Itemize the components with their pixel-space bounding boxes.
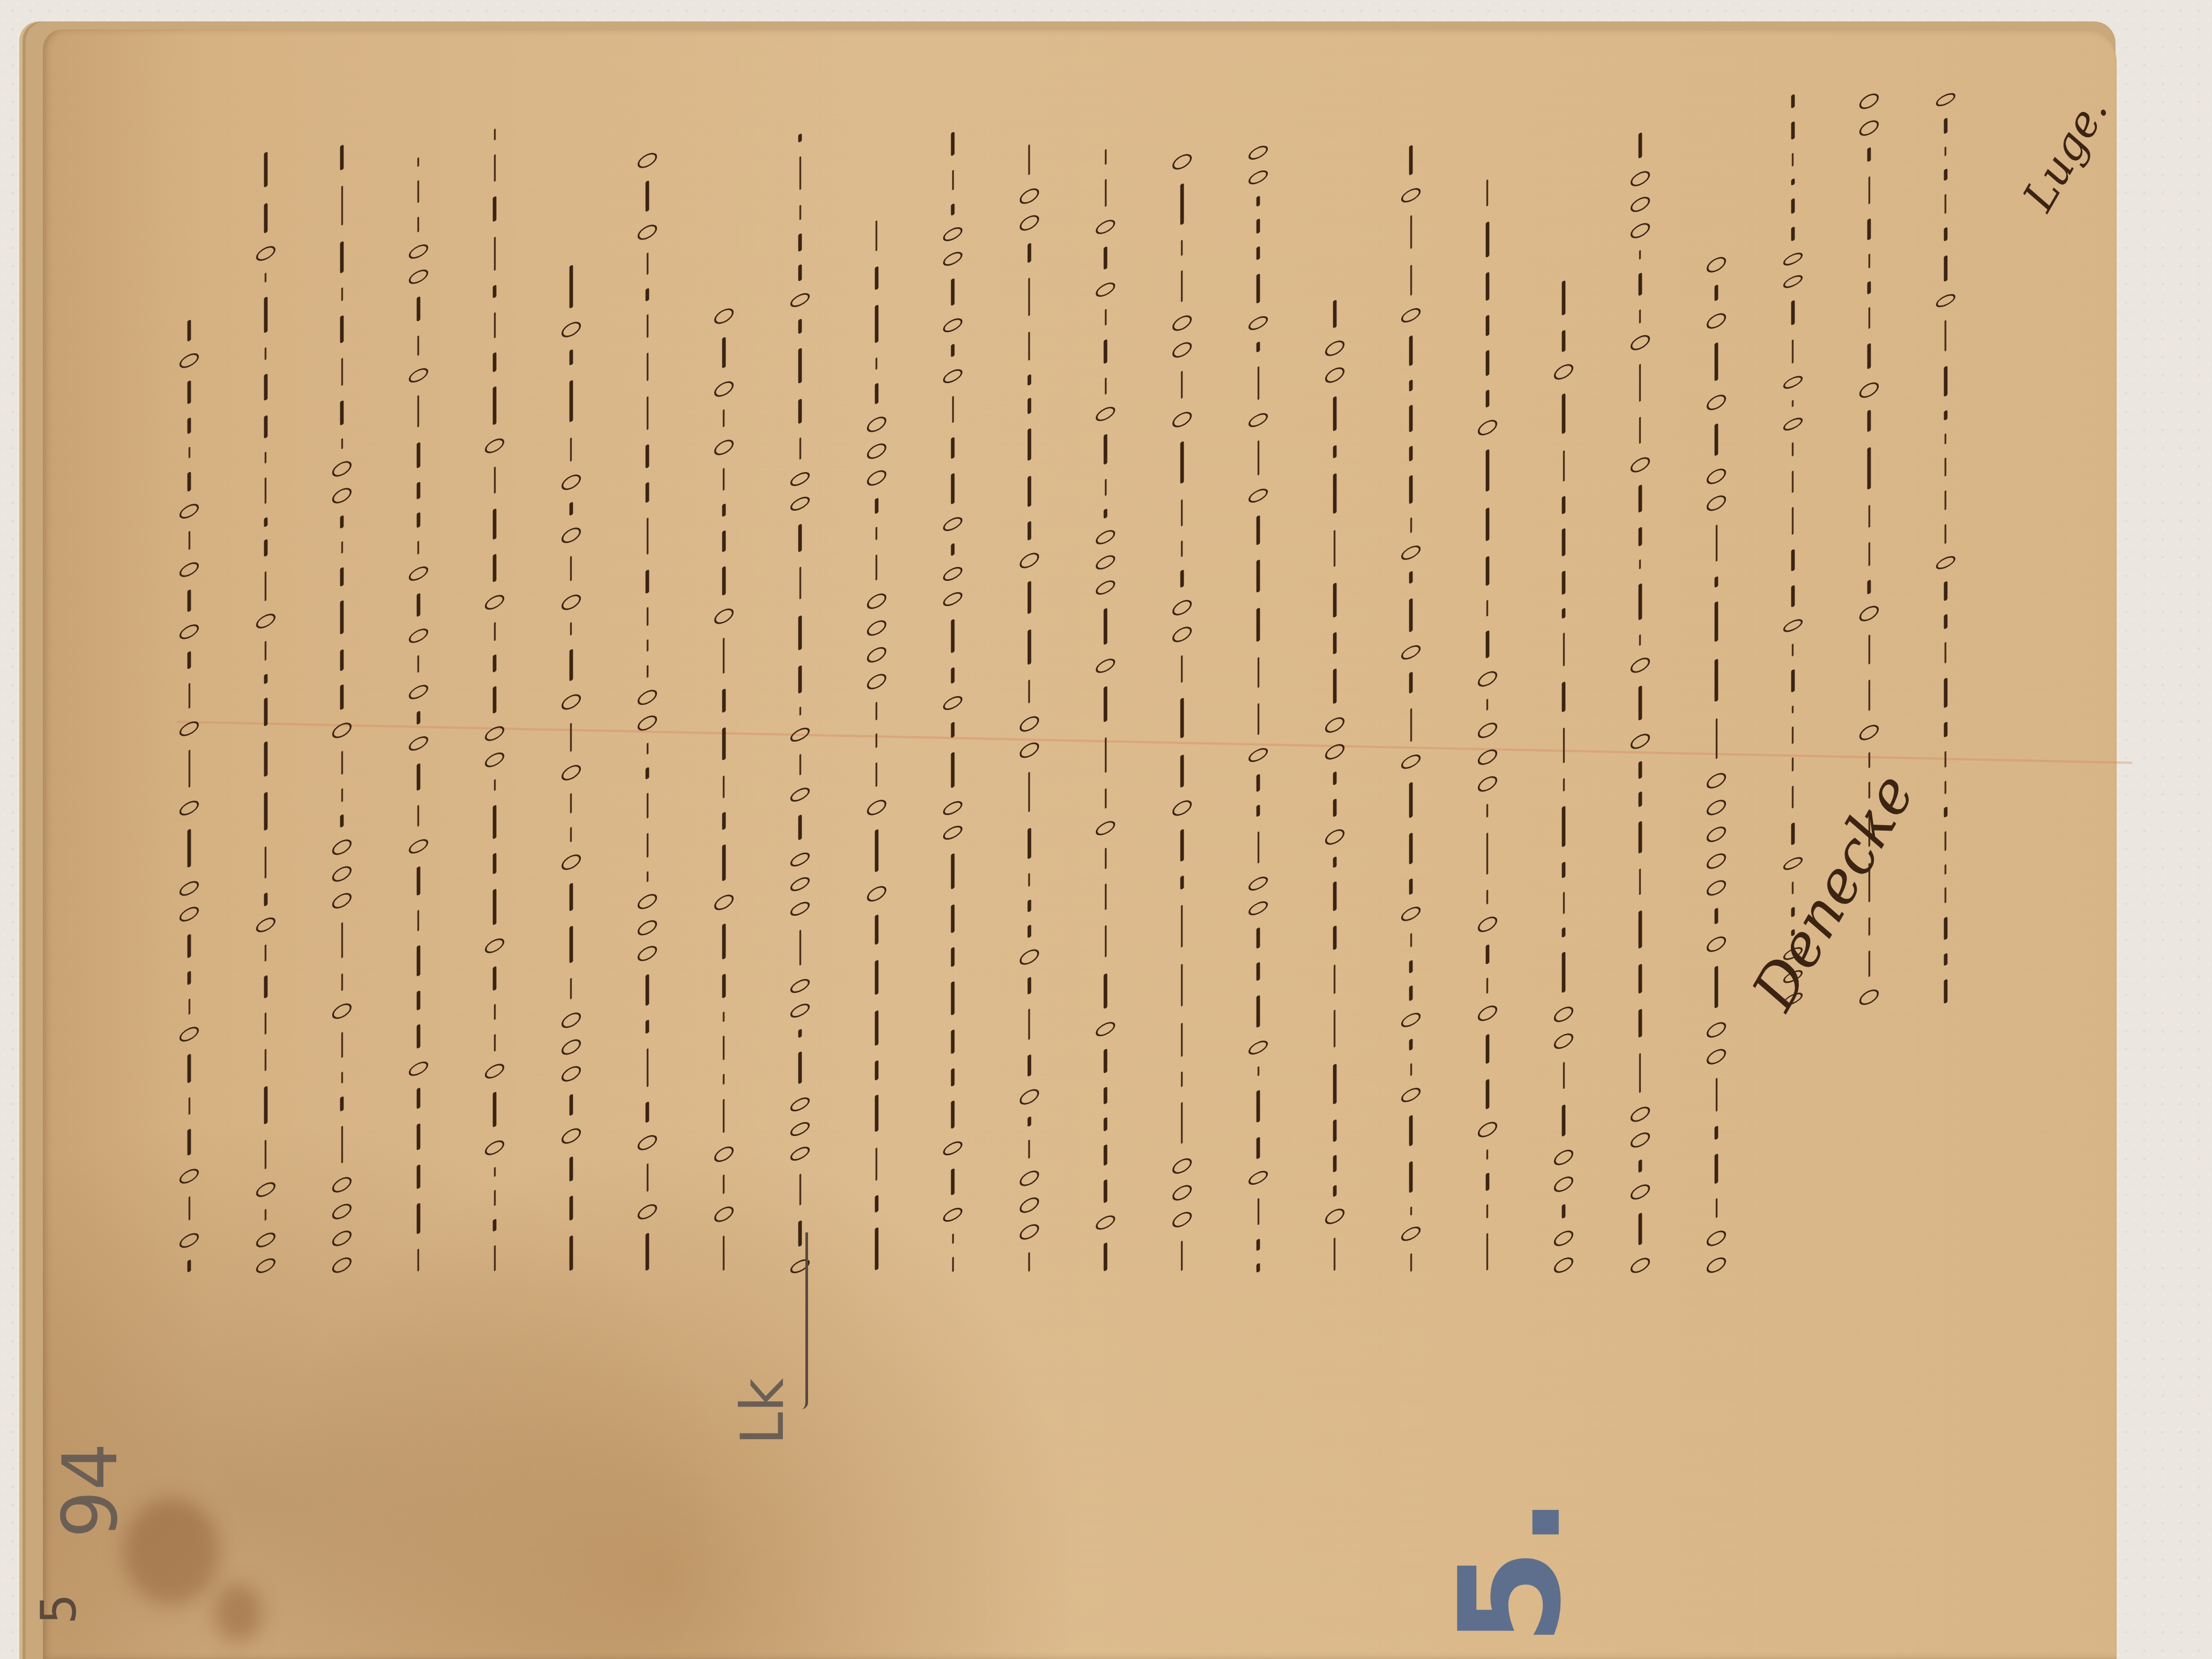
script-stroke	[188, 1097, 190, 1115]
script-stroke	[1783, 273, 1802, 290]
script-stroke	[417, 1249, 419, 1272]
script-stroke	[1249, 745, 1268, 765]
script-stroke	[1181, 1240, 1183, 1271]
script-stroke	[1409, 445, 1413, 461]
script-stroke	[188, 750, 190, 788]
script-stroke	[569, 1235, 573, 1271]
script-stroke	[1867, 218, 1871, 241]
script-stroke	[493, 1219, 497, 1232]
margin-note: Lk	[728, 1378, 797, 1445]
script-stroke	[188, 589, 191, 612]
script-stroke	[485, 592, 504, 612]
script-stroke	[798, 524, 802, 552]
script-stroke	[1333, 881, 1336, 911]
script-stroke	[1172, 409, 1191, 430]
script-stroke	[1257, 196, 1260, 207]
script-stroke	[561, 472, 580, 494]
script-stroke	[264, 203, 267, 234]
handwritten-line	[177, 319, 201, 1273]
script-stroke	[798, 264, 802, 282]
script-stroke	[1325, 826, 1344, 848]
script-stroke	[1707, 1254, 1726, 1276]
script-stroke	[1639, 250, 1641, 259]
script-stroke	[866, 644, 886, 666]
script-stroke	[1944, 678, 1947, 708]
handwritten-line	[406, 157, 431, 1273]
script-stroke	[798, 398, 802, 423]
script-stroke	[1562, 528, 1566, 557]
script-stroke	[570, 793, 572, 813]
script-stroke	[1554, 362, 1573, 383]
script-stroke	[1334, 530, 1335, 567]
script-stroke	[264, 697, 267, 727]
script-stroke	[1027, 374, 1031, 386]
script-stroke	[1485, 1079, 1489, 1109]
script-stroke	[493, 686, 497, 714]
script-stroke	[1791, 549, 1795, 571]
script-stroke	[340, 600, 344, 635]
script-stroke	[1027, 243, 1031, 263]
script-stroke	[714, 606, 733, 627]
script-stroke	[1104, 737, 1106, 773]
script-stroke	[1325, 1206, 1344, 1227]
script-stroke	[1257, 961, 1260, 981]
script-stroke	[1792, 727, 1793, 744]
script-stroke	[875, 383, 878, 405]
script-stroke	[876, 220, 877, 251]
script-stroke	[1792, 339, 1793, 364]
script-stroke	[332, 1228, 352, 1249]
script-stroke	[1019, 946, 1038, 968]
script-stroke	[265, 1209, 266, 1221]
script-stroke	[1027, 428, 1031, 461]
script-stroke	[1104, 1144, 1108, 1165]
script-stroke	[416, 711, 420, 725]
script-stroke	[1945, 457, 1946, 476]
script-stroke	[1707, 770, 1726, 791]
script-stroke	[1715, 1078, 1717, 1111]
script-stroke	[943, 564, 962, 584]
script-stroke	[1707, 1228, 1726, 1249]
script-stroke	[264, 892, 267, 906]
script-stroke	[1486, 977, 1488, 993]
script-stroke	[1028, 873, 1030, 887]
script-stroke	[1019, 1168, 1038, 1190]
blue-pencil-mark: 5.	[1430, 1496, 1592, 1646]
script-stroke	[714, 306, 733, 327]
script-stroke	[1715, 601, 1718, 642]
script-stroke	[485, 750, 504, 770]
script-stroke	[1409, 1115, 1413, 1146]
script-stroke	[1257, 1089, 1260, 1123]
script-stroke	[1562, 952, 1566, 993]
script-stroke	[646, 639, 648, 652]
script-stroke	[875, 1094, 878, 1132]
script-stroke	[408, 682, 428, 702]
script-stroke	[1630, 168, 1649, 189]
script-stroke	[561, 1010, 580, 1031]
script-stroke	[416, 1164, 420, 1189]
script-stroke	[1639, 309, 1641, 324]
script-stroke	[638, 1132, 657, 1153]
handwritten-line	[940, 131, 965, 1273]
script-stroke	[1333, 632, 1336, 654]
script-stroke	[876, 734, 877, 749]
script-stroke	[1707, 824, 1726, 845]
script-stroke	[1639, 559, 1641, 569]
script-stroke	[408, 267, 428, 287]
script-stroke	[876, 357, 877, 370]
script-stroke	[1096, 217, 1115, 237]
script-stroke	[340, 400, 344, 425]
script-stroke	[1096, 818, 1115, 838]
handwritten-line	[330, 133, 354, 1273]
script-stroke	[340, 144, 344, 170]
script-stroke	[1096, 527, 1115, 547]
script-stroke	[1096, 404, 1115, 424]
script-stroke	[1562, 495, 1566, 514]
script-stroke	[1181, 270, 1183, 302]
manuscript-page	[43, 29, 2117, 1659]
script-stroke	[723, 1036, 724, 1060]
script-stroke	[1485, 350, 1489, 376]
script-stroke	[1707, 493, 1726, 514]
script-stroke	[264, 741, 267, 776]
script-stroke	[1486, 1233, 1488, 1271]
script-stroke	[722, 923, 726, 960]
script-stroke	[188, 651, 191, 669]
script-stroke	[1019, 1086, 1038, 1108]
script-stroke	[188, 380, 191, 405]
script-stroke	[493, 654, 497, 673]
script-stroke	[1859, 117, 1879, 138]
script-stroke	[638, 1201, 657, 1222]
script-stroke	[722, 811, 726, 830]
script-stroke	[1104, 1086, 1108, 1104]
script-stroke	[570, 827, 572, 842]
script-stroke	[1868, 950, 1870, 977]
script-stroke	[1563, 728, 1564, 764]
script-stroke	[1181, 964, 1183, 1007]
script-stroke	[416, 481, 420, 499]
script-stroke	[876, 701, 877, 720]
script-stroke	[790, 899, 810, 918]
script-stroke	[1333, 445, 1336, 459]
script-stroke	[1935, 291, 1955, 309]
script-stroke	[1868, 679, 1870, 711]
script-stroke	[943, 1205, 962, 1225]
script-stroke	[1401, 543, 1421, 563]
script-stroke	[1334, 1238, 1335, 1271]
script-stroke	[1325, 741, 1344, 763]
script-stroke	[943, 589, 962, 609]
script-stroke	[951, 344, 955, 358]
script-stroke	[723, 1012, 724, 1022]
handwritten-line	[1551, 129, 1576, 1273]
script-stroke	[1562, 280, 1566, 315]
script-stroke	[1935, 554, 1955, 572]
script-stroke	[1707, 797, 1726, 818]
script-stroke	[1630, 655, 1649, 675]
script-stroke	[1401, 642, 1421, 662]
script-stroke	[1249, 486, 1268, 505]
script-stroke	[485, 723, 504, 744]
script-stroke	[1172, 597, 1191, 618]
script-stroke	[1638, 1008, 1642, 1038]
script-stroke	[1172, 1155, 1191, 1177]
script-stroke	[569, 502, 573, 517]
script-stroke	[1638, 910, 1642, 949]
script-stroke	[1027, 398, 1031, 415]
script-stroke	[1715, 718, 1717, 759]
script-stroke	[951, 752, 955, 788]
script-stroke	[638, 917, 657, 938]
script-stroke	[1935, 91, 1955, 109]
script-stroke	[408, 564, 428, 584]
script-stroke	[646, 288, 649, 301]
script-stroke	[1028, 1139, 1030, 1158]
script-stroke	[1639, 634, 1641, 646]
handwritten-line	[1933, 94, 1958, 1005]
script-stroke	[722, 689, 726, 713]
script-stroke	[722, 566, 726, 596]
script-stroke	[332, 459, 352, 480]
script-stroke	[485, 1138, 504, 1158]
script-stroke	[1707, 392, 1726, 413]
script-stroke	[1257, 341, 1260, 353]
script-stroke	[1791, 121, 1795, 139]
script-stroke	[646, 1019, 649, 1034]
script-stroke	[1867, 343, 1871, 370]
script-stroke	[417, 335, 419, 355]
script-stroke	[646, 974, 649, 1006]
handwritten-line	[559, 130, 584, 1273]
script-stroke	[1104, 685, 1108, 722]
script-stroke	[1715, 525, 1717, 562]
script-stroke	[952, 1257, 953, 1272]
script-stroke	[341, 1126, 342, 1163]
script-stroke	[1401, 1085, 1421, 1105]
script-stroke	[951, 1168, 955, 1195]
script-stroke	[1333, 798, 1336, 817]
script-stroke	[1325, 364, 1344, 386]
script-stroke	[493, 804, 497, 839]
script-stroke	[1257, 219, 1260, 234]
script-stroke	[1096, 578, 1115, 597]
script-stroke	[722, 503, 726, 517]
script-stroke	[408, 365, 428, 385]
script-stroke	[256, 1256, 275, 1276]
script-stroke	[408, 734, 428, 753]
script-stroke	[1638, 1212, 1642, 1245]
script-stroke	[561, 691, 580, 713]
script-stroke	[332, 1201, 352, 1222]
script-stroke	[1783, 855, 1802, 872]
script-stroke	[1477, 1119, 1497, 1140]
script-stroke	[1486, 1204, 1488, 1219]
script-stroke	[1792, 507, 1793, 535]
script-stroke	[188, 828, 191, 868]
script-stroke	[952, 395, 953, 423]
script-stroke	[1486, 832, 1488, 875]
script-stroke	[494, 1004, 495, 1021]
script-stroke	[1554, 1147, 1573, 1168]
script-stroke	[180, 904, 199, 924]
script-stroke	[951, 278, 955, 306]
script-stroke	[1945, 831, 1946, 851]
script-stroke	[1859, 91, 1879, 111]
script-stroke	[1563, 1062, 1564, 1089]
script-stroke	[569, 1094, 573, 1116]
script-stroke	[1028, 278, 1030, 316]
script-stroke	[1715, 576, 1718, 587]
script-stroke	[1019, 1221, 1038, 1243]
script-stroke	[1409, 475, 1413, 504]
script-stroke	[1257, 366, 1259, 400]
script-stroke	[341, 788, 342, 802]
script-stroke	[417, 910, 419, 931]
handwritten-line	[1781, 94, 1805, 1005]
script-stroke	[638, 222, 657, 242]
script-stroke	[1707, 850, 1726, 872]
script-stroke	[1639, 417, 1641, 444]
script-stroke	[332, 864, 352, 885]
page-number-annotation: 5	[31, 1594, 87, 1624]
script-stroke	[1104, 925, 1106, 958]
script-stroke	[180, 1230, 199, 1251]
script-stroke	[493, 554, 497, 582]
script-stroke	[341, 1032, 342, 1058]
script-stroke	[569, 264, 573, 308]
script-stroke	[332, 1174, 352, 1195]
script-stroke	[265, 273, 266, 283]
script-stroke	[341, 357, 342, 385]
script-stroke	[569, 380, 573, 423]
script-stroke	[790, 1119, 810, 1139]
script-stroke	[1181, 240, 1183, 256]
script-stroke	[494, 1190, 495, 1206]
script-stroke	[723, 1236, 724, 1271]
script-stroke	[264, 373, 267, 401]
script-stroke	[1401, 1224, 1421, 1244]
handwritten-line	[788, 133, 812, 1273]
script-stroke	[951, 1029, 955, 1055]
script-stroke	[1638, 821, 1642, 854]
script-stroke	[1715, 1125, 1718, 1140]
script-stroke	[569, 883, 573, 911]
script-stroke	[264, 539, 267, 557]
script-stroke	[1945, 146, 1946, 156]
script-stroke	[1630, 1255, 1649, 1275]
script-stroke	[1477, 668, 1497, 690]
script-stroke	[180, 1024, 199, 1044]
script-stroke	[1409, 1161, 1413, 1193]
script-stroke	[1792, 442, 1793, 457]
script-stroke	[1554, 1228, 1573, 1249]
script-stroke	[951, 721, 955, 738]
script-stroke	[265, 451, 266, 463]
script-stroke	[723, 409, 724, 427]
script-stroke	[646, 482, 649, 503]
script-stroke	[723, 1074, 724, 1085]
script-stroke	[264, 517, 267, 527]
script-stroke	[1792, 644, 1793, 656]
script-stroke	[646, 1048, 648, 1087]
script-stroke	[340, 684, 344, 710]
script-stroke	[1791, 94, 1795, 108]
handwritten-line	[1628, 131, 1653, 1273]
script-stroke	[1249, 1168, 1268, 1187]
script-stroke	[1638, 132, 1642, 159]
script-stroke	[494, 312, 495, 338]
script-stroke	[256, 611, 275, 631]
script-stroke	[1638, 484, 1642, 513]
script-stroke	[1172, 624, 1191, 645]
script-stroke	[1783, 373, 1802, 391]
script-stroke	[341, 922, 342, 959]
script-stroke	[1562, 330, 1566, 352]
script-stroke	[1409, 145, 1413, 175]
script-stroke	[494, 1034, 495, 1051]
script-stroke	[1333, 396, 1336, 431]
script-stroke	[1257, 559, 1260, 593]
script-stroke	[638, 944, 657, 964]
script-stroke	[646, 1163, 648, 1191]
script-stroke	[1638, 272, 1642, 296]
script-stroke	[1028, 772, 1030, 812]
script-stroke	[1249, 1037, 1268, 1057]
script-stroke	[1410, 708, 1411, 742]
script-stroke	[1257, 608, 1260, 642]
script-stroke	[494, 779, 495, 790]
script-stroke	[1485, 272, 1489, 301]
script-stroke	[1792, 400, 1793, 407]
script-stroke	[1562, 806, 1566, 848]
script-stroke	[799, 437, 801, 460]
script-stroke	[408, 836, 428, 856]
script-stroke	[1409, 782, 1413, 818]
script-stroke	[790, 976, 810, 995]
script-stroke	[951, 904, 955, 933]
script-stroke	[722, 337, 726, 369]
script-stroke	[1638, 963, 1642, 994]
script-stroke	[265, 945, 266, 962]
script-stroke	[1945, 320, 1946, 351]
script-stroke	[714, 1144, 733, 1165]
script-stroke	[256, 915, 275, 935]
script-stroke	[723, 638, 724, 674]
script-stroke	[188, 971, 191, 986]
script-stroke	[1945, 433, 1946, 444]
script-stroke	[875, 1195, 878, 1213]
script-stroke	[866, 797, 886, 818]
script-stroke	[188, 1259, 191, 1273]
script-stroke	[417, 180, 419, 203]
script-stroke	[180, 350, 199, 371]
script-stroke	[951, 981, 955, 1015]
script-stroke	[875, 960, 878, 996]
script-stroke	[416, 296, 420, 322]
script-stroke	[1859, 379, 1879, 400]
script-stroke	[1096, 655, 1115, 675]
script-stroke	[1333, 668, 1336, 704]
script-stroke	[494, 622, 495, 641]
script-stroke	[1707, 877, 1726, 899]
script-stroke	[875, 914, 878, 945]
script-stroke	[1181, 1102, 1183, 1144]
script-stroke	[1563, 892, 1564, 914]
script-stroke	[722, 727, 726, 761]
